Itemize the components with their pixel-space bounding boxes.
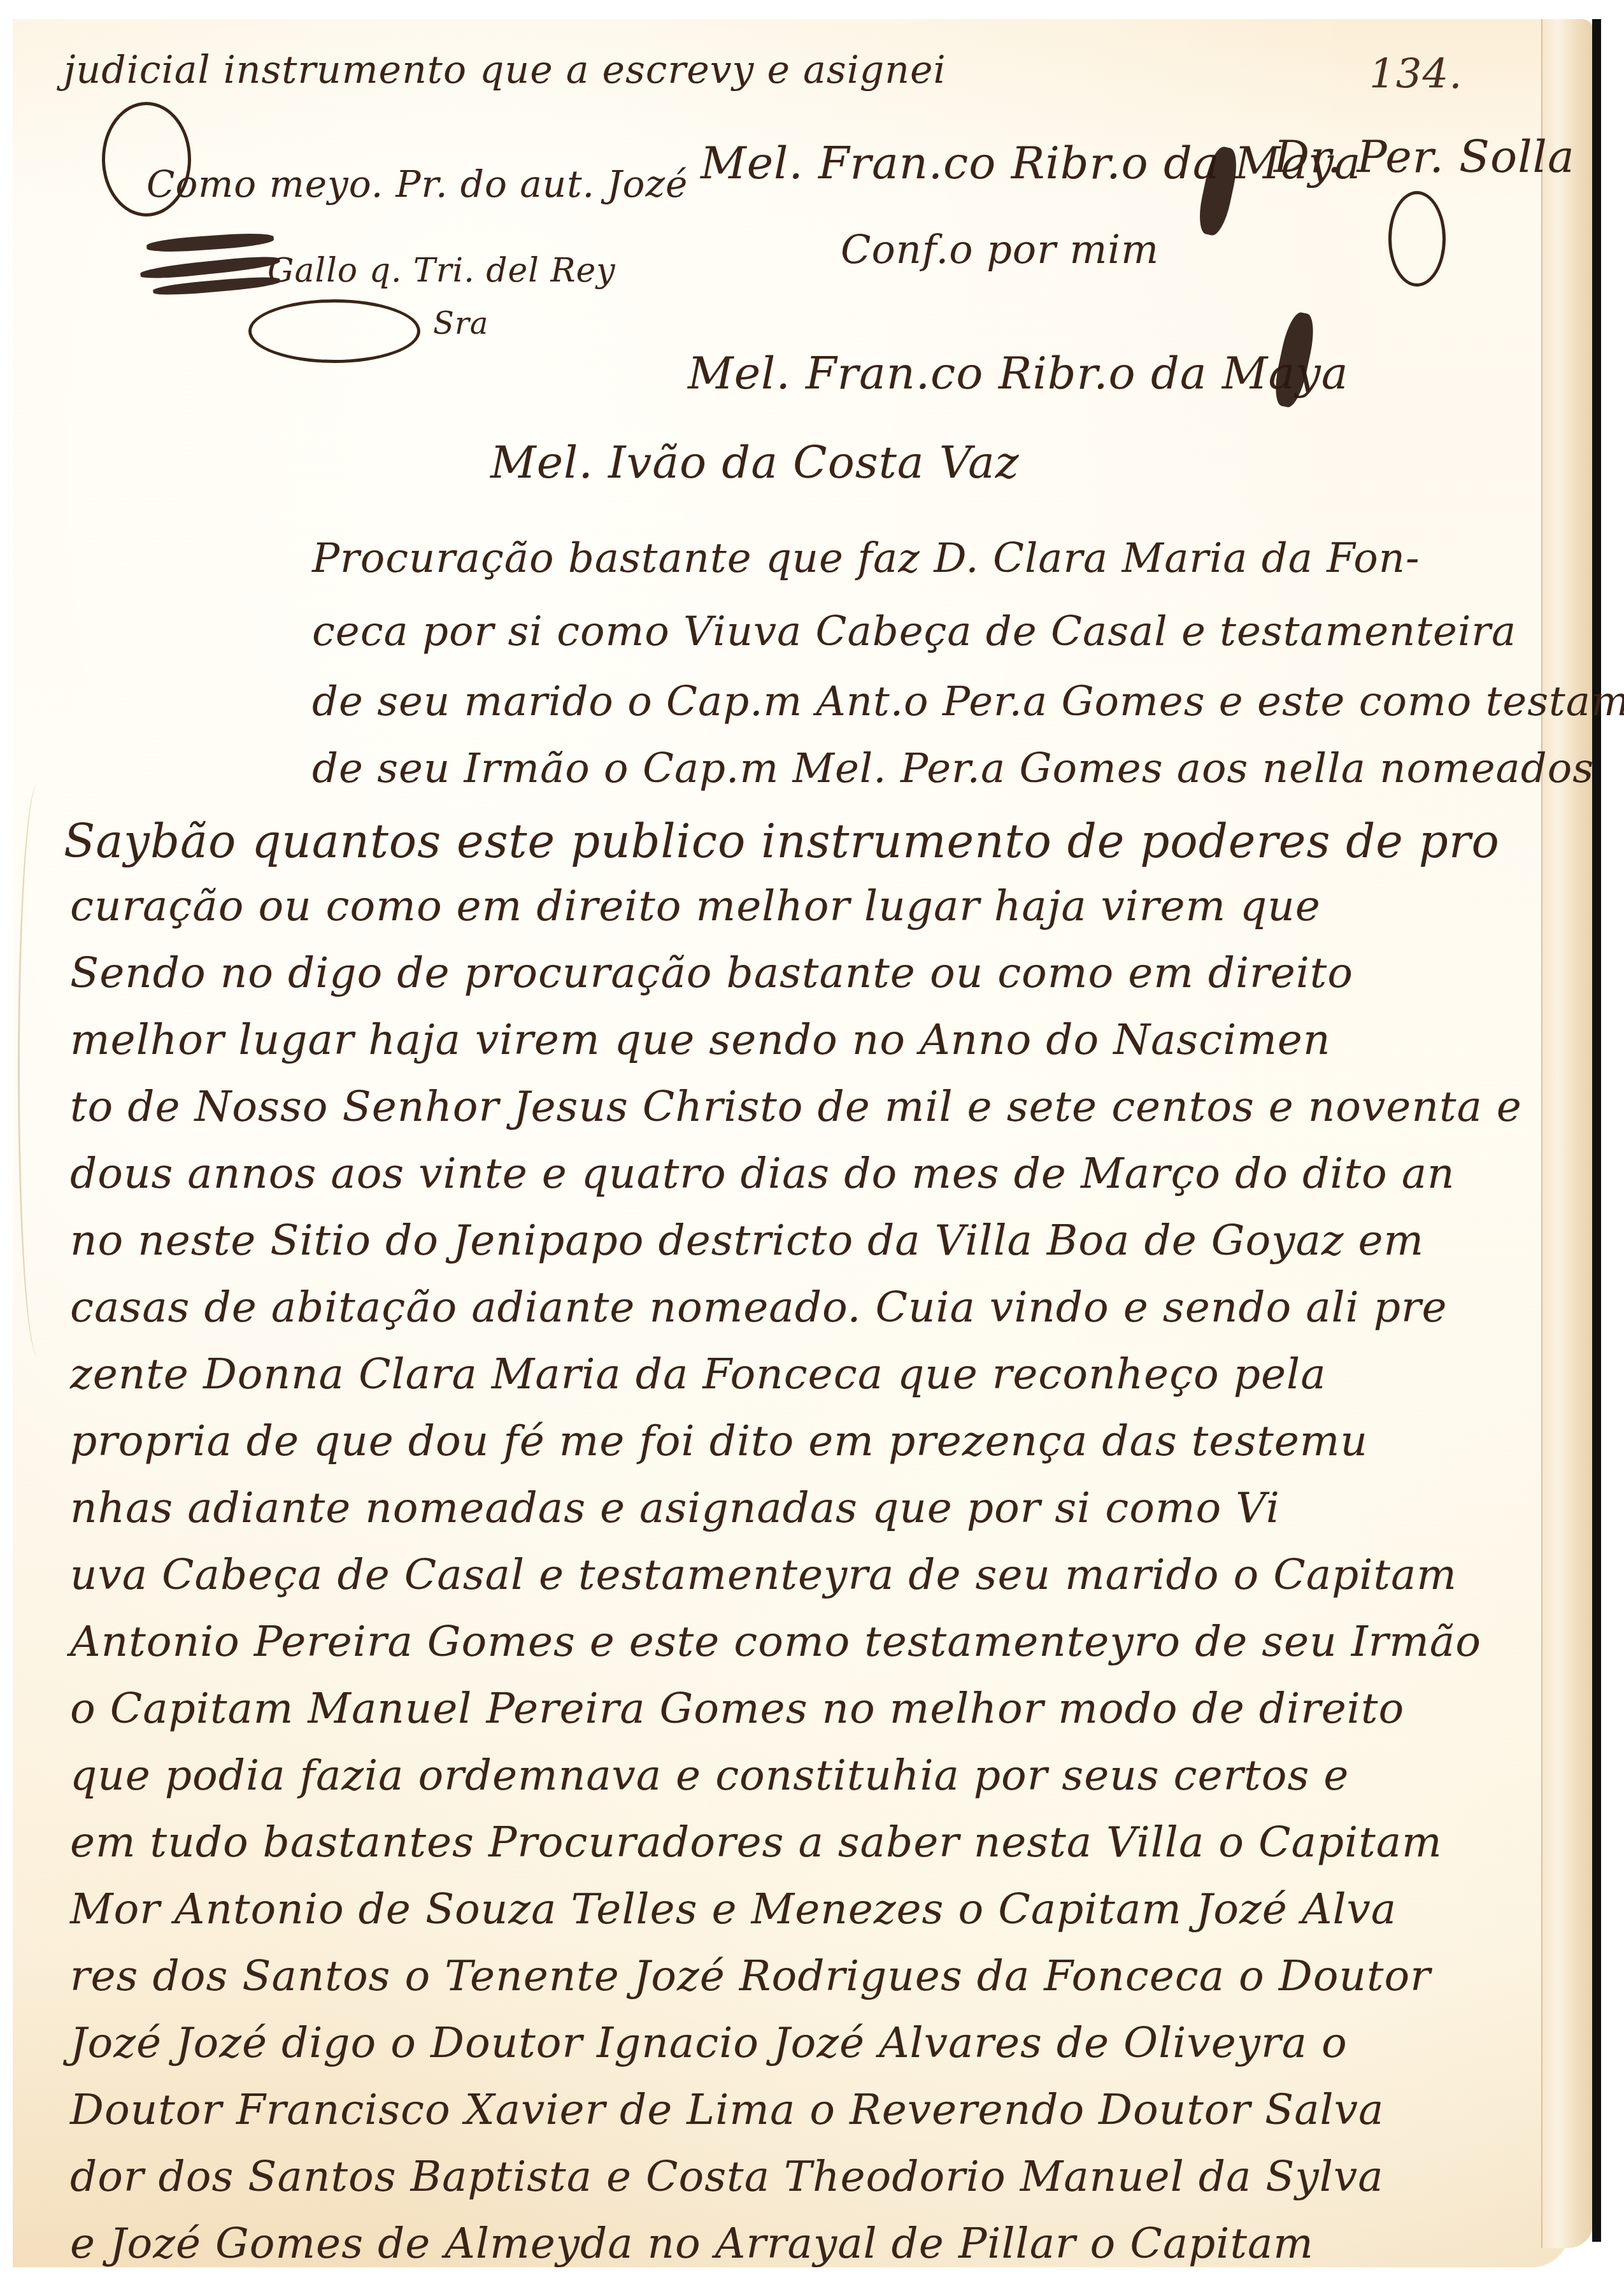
signature-left-line3: Sra (433, 306, 488, 341)
heading-line: Procuração bastante que faz D. Clara Mar… (312, 538, 1420, 579)
signature-center-note: Conf.o por mim (841, 226, 1159, 273)
heading-line: ceca por si como Viuva Cabeça de Casal e… (312, 611, 1516, 652)
signature-right-flourish (1388, 191, 1446, 287)
signature-center-name-1: Mel. Fran.co Ribr.o da Maya (701, 137, 1362, 189)
heading-line: de seu Irmão o Cap.m Mel. Per.a Gomes ao… (312, 748, 1594, 789)
body-line: Sendo no digo de procuração bastante ou … (70, 952, 1353, 994)
book-spine (1592, 19, 1601, 2242)
signature-left-line2: Gallo q. Tri. del Rey (267, 252, 616, 290)
body-line: casas de abitação adiante nomeado. Cuia … (70, 1286, 1448, 1329)
body-line: em tudo bastantes Procuradores a saber n… (70, 1821, 1442, 1863)
body-line: Jozé Jozé digo o Doutor Ignacio Jozé Alv… (70, 2022, 1348, 2064)
body-line: nhas adiante nomeadas e asignadas que po… (70, 1487, 1280, 1529)
body-line: o Capitam Manuel Pereira Gomes no melhor… (70, 1688, 1404, 1730)
opening-line: judicial instrumento que a escrevy e asi… (64, 51, 946, 89)
page-edge-stack (1541, 19, 1593, 2248)
body-line: dor dos Santos Baptista e Costa Theodori… (70, 2156, 1384, 2198)
paper-fold-mark (18, 783, 58, 1357)
body-line: Antonio Pereira Gomes e este como testam… (70, 1621, 1481, 1663)
body-line: to de Nosso Senhor Jesus Christo de mil … (70, 1086, 1522, 1128)
body-line: e Jozé Gomes de Almeyda no Arrayal de Pi… (70, 2223, 1314, 2265)
signature-center-name-2: Mel. Fran.co Ribr.o da Maya (688, 347, 1349, 399)
body-line: Mor Antonio de Souza Telles e Menezes o … (70, 1888, 1397, 1930)
signature-right-name: Dr. Per. Solla (1274, 131, 1575, 183)
body-line: Saybão quantos este publico instrumento … (64, 818, 1500, 864)
body-line: no neste Sitio do Jenipapo destricto da … (70, 1220, 1424, 1262)
body-line: uva Cabeça de Casal e testamenteyra de s… (70, 1554, 1457, 1596)
body-line: Doutor Francisco Xavier de Lima o Revere… (70, 2089, 1384, 2131)
body-line: propria de que dou fé me foi dito em pre… (70, 1420, 1368, 1462)
signature-center-name-3: Mel. Ivão da Costa Vaz (490, 436, 1020, 488)
folio-number: 134. (1369, 51, 1463, 98)
body-line: que podia fazia ordemnava e constituhia … (70, 1755, 1349, 1797)
body-line: zente Donna Clara Maria da Fonceca que r… (70, 1353, 1327, 1395)
signature-rubric-loop (248, 299, 420, 363)
body-line: dous annos aos vinte e quatro dias do me… (70, 1153, 1455, 1195)
heading-line: de seu marido o Cap.m Ant.o Per.a Gomes … (312, 681, 1624, 722)
body-line: curação ou como em direito melhor lugar … (70, 885, 1321, 927)
body-line: res dos Santos o Tenente Jozé Rodrigues … (70, 1955, 1431, 1997)
body-line: melhor lugar haja virem que sendo no Ann… (70, 1019, 1330, 1061)
signature-left-line1: Como meyo. Pr. do aut. Jozé (146, 162, 688, 206)
